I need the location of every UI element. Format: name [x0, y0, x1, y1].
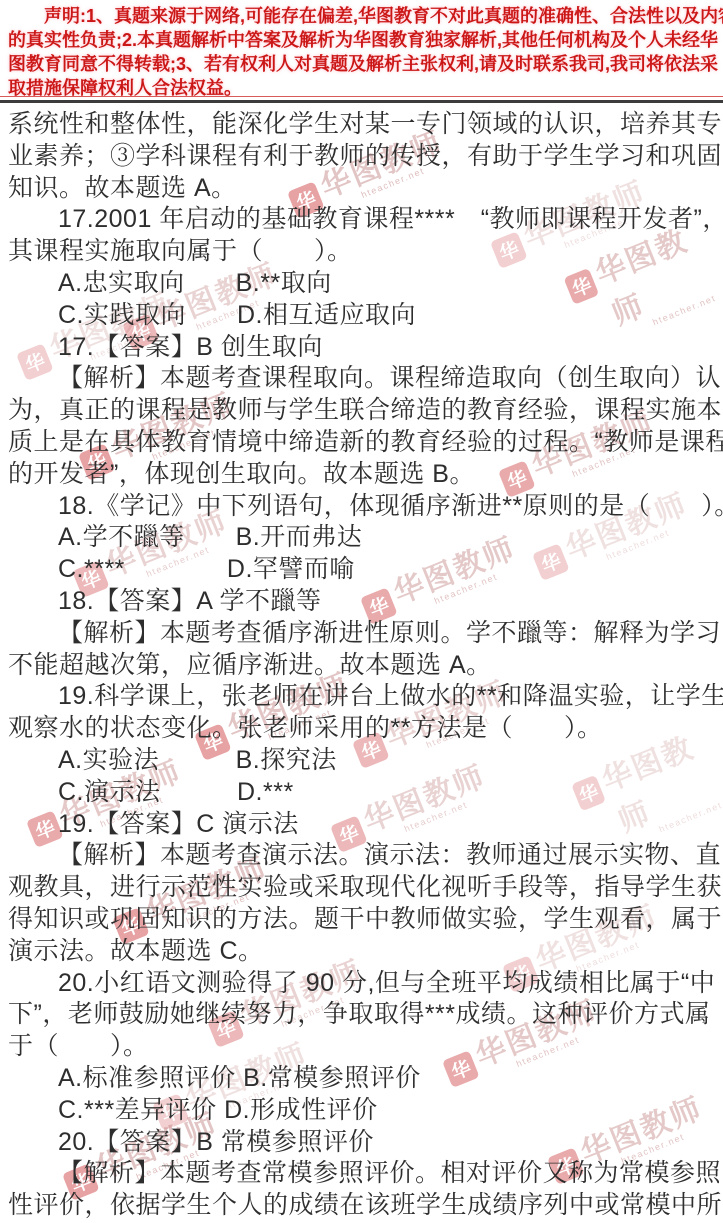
text-line: A.忠实取向 B.**取向 — [8, 268, 718, 300]
text-line: C.演示法 D.*** — [8, 777, 718, 809]
text-line: 观察水的状态变化。张老师采用的**方法是（ ）。 — [8, 713, 718, 745]
disclaimer-line: 图教育同意不得转载;3、若有权利人对真题及解析主张权利,请及时联系我司,我司将依… — [8, 52, 721, 76]
divider-line — [0, 100, 723, 103]
text-line: 20.小红语文测验得了 90 分,但与全班平均成绩相比属于“中 — [8, 968, 718, 1000]
text-line: 18.【答案】A 学不躐等 — [8, 586, 718, 618]
document-page: 声明:1、真题来源于网络,可能存在偏差,华图教育不对此真题的准确性、合法性以及内… — [0, 0, 723, 1223]
document-body: 系统性和整体性，能深化学生对某一专门领域的认识，培养其专业素养；③学科课程有利于… — [8, 109, 718, 1222]
text-line: 17.2001 年启动的基础教育课程**** “教师即课程开发者”， — [8, 204, 718, 236]
disclaimer-line: 声明:1、真题来源于网络,可能存在偏差,华图教育不对此真题的准确性、合法性以及内… — [8, 4, 721, 28]
text-line: 19.科学课上，张老师在讲台上做水的**和降温实验，让学生 — [8, 681, 718, 713]
disclaimer-prefix: 声明: — [44, 6, 86, 26]
text-line: 【解析】本题考查循序渐进性原则。学不躐等：解释为学习 — [8, 618, 718, 650]
text-line: C.实践取向 D.相互适应取向 — [8, 300, 718, 332]
text-line: 于（ ）。 — [8, 1031, 718, 1063]
text-line: 【解析】本题考查常模参照评价。相对评价又称为常模参照 — [8, 1158, 718, 1190]
text-line: 17.【答案】B 创生取向 — [8, 332, 718, 364]
text-line: 观教具，进行示范性实验或采取现代化视听手段等，指导学生获 — [8, 872, 718, 904]
text-line: 不能超越次第，应循序渐进。故本题选 A。 — [8, 650, 718, 682]
text-line: 业素养；③学科课程有利于教师的传授，有助于学生学习和巩固 — [8, 141, 718, 173]
text-line: C.**** D.罕譬而喻 — [8, 554, 718, 586]
text-line: 演示法。故本题选 C。 — [8, 936, 718, 968]
text-line: A.学不躐等 B.开而弗达 — [8, 522, 718, 554]
text-line: 的开发者”，体现创生取向。故本题选 B。 — [8, 459, 718, 491]
disclaimer-text: 1、真题来源于网络,可能存在偏差,华图教育不对此真题的准确性、合法性以及内容 — [86, 6, 723, 26]
text-line: 【解析】本题考查课程取向。课程缔造取向（创生取向）认 — [8, 363, 718, 395]
disclaimer-line: 的真实性负责;2.本真题解析中答案及解析为华图教育独家解析,其他任何机构及个人未… — [8, 28, 721, 52]
text-line: 下”，老师鼓励她继续努力，争取取得***成绩。这种评价方式属 — [8, 999, 718, 1031]
text-line: 20.【答案】B 常模参照评价 — [8, 1127, 718, 1159]
text-line: C.***差异评价 D.形成性评价 — [8, 1095, 718, 1127]
text-line: 19.【答案】C 演示法 — [8, 809, 718, 841]
text-line: 质上是在具体教育情境中缔造新的教育经验的过程。“教师是课程 — [8, 427, 718, 459]
text-line: 知识。故本题选 A。 — [8, 173, 718, 205]
text-line: A.标准参照评价 B.常模参照评价 — [8, 1063, 718, 1095]
text-line: 18.《学记》中下列语句，体现循序渐进**原则的是（ ）。 — [8, 491, 718, 523]
text-line: 系统性和整体性，能深化学生对某一专门领域的认识，培养其专 — [8, 109, 718, 141]
text-line: A.实验法 B.探究法 — [8, 745, 718, 777]
text-line: 其课程实施取向属于（ ）。 — [8, 236, 718, 268]
text-line: 【解析】本题考查演示法。演示法：教师通过展示实物、直 — [8, 840, 718, 872]
text-line: 为，真正的课程是教师与学生联合缔造的教育经验，课程实施本 — [8, 395, 718, 427]
text-line: 得知识或巩固知识的方法。题干中教师做实验，学生观看，属于 — [8, 904, 718, 936]
text-line: 性评价，依据学生个人的成绩在该班学生成绩序列中或常模中所 — [8, 1190, 718, 1222]
red-underline-rule — [0, 96, 723, 97]
disclaimer: 声明:1、真题来源于网络,可能存在偏差,华图教育不对此真题的准确性、合法性以及内… — [8, 4, 721, 100]
